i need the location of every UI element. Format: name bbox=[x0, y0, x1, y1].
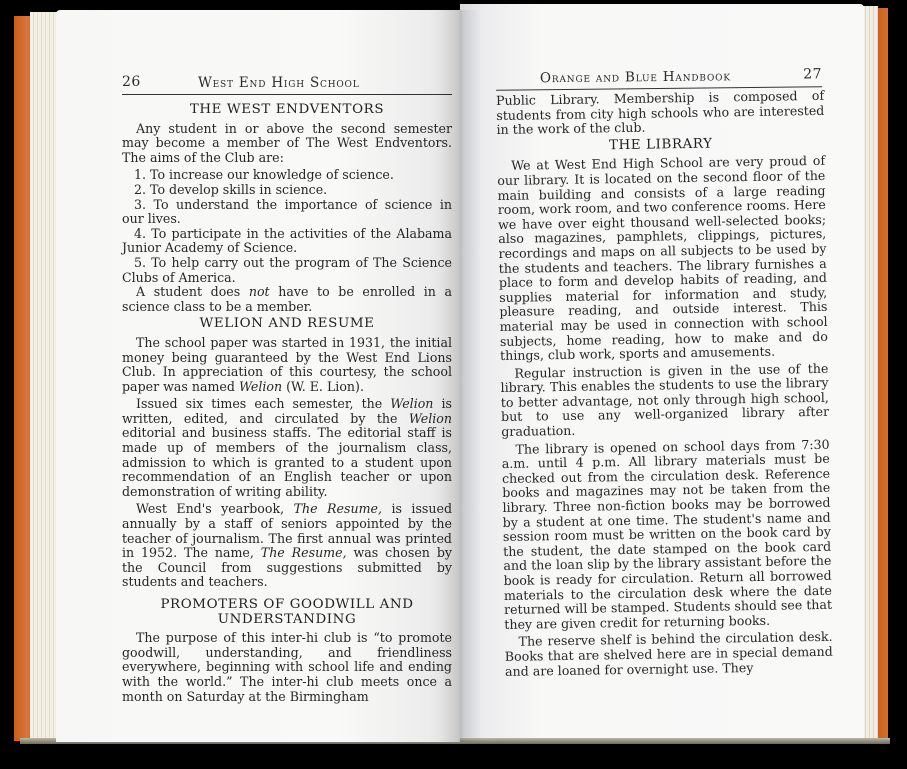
right-page-text: Public Library. Membership is composed o… bbox=[496, 89, 833, 682]
section-heading: PROMOTERS OF GOODWILL AND UNDERSTANDING bbox=[122, 598, 452, 627]
publication-title: Welion bbox=[390, 396, 433, 411]
paragraph: The reserve shelf is behind the circulat… bbox=[505, 630, 834, 679]
text-run: editorial and business staffs. The edito… bbox=[122, 425, 452, 498]
section-heading: THE LIBRARY bbox=[497, 136, 825, 156]
page-stack-left bbox=[30, 12, 58, 742]
paragraph: A student does not have to be enrolled i… bbox=[122, 285, 452, 314]
text-run: (W. E. Lion). bbox=[282, 379, 364, 394]
paragraph: We at West End High School are very prou… bbox=[497, 154, 828, 363]
left-page-text: THE WEST ENDVENTORS Any student in or ab… bbox=[122, 100, 452, 707]
text-run: Issued six times each semester, the bbox=[136, 396, 390, 411]
publication-title: Welion bbox=[239, 379, 282, 394]
publication-title: Welion bbox=[409, 411, 452, 426]
text-run: A student does bbox=[136, 284, 249, 299]
emphasis: not bbox=[249, 284, 270, 299]
heading-line: UNDERSTANDING bbox=[122, 613, 452, 628]
paragraph: The purpose of this inter-hi club is “to… bbox=[122, 631, 452, 704]
paragraph: The library is opened on school days fro… bbox=[501, 437, 832, 632]
running-title: Orange and Blue Handbook bbox=[540, 68, 731, 86]
list-item: 1. To increase our knowledge of science. bbox=[122, 168, 452, 183]
list-item: 5. To help carry out the program of The … bbox=[122, 256, 452, 285]
paragraph: West End's yearbook, The Resume, is issu… bbox=[122, 502, 452, 590]
page-number: 27 bbox=[803, 66, 822, 82]
publication-title: The Resume, bbox=[261, 545, 347, 560]
paragraph: Public Library. Membership is composed o… bbox=[496, 89, 825, 138]
running-head-left: 26 West End High School bbox=[122, 72, 452, 95]
heading-line: PROMOTERS OF GOODWILL AND bbox=[122, 598, 452, 613]
running-title: West End High School bbox=[198, 75, 360, 91]
list-item: 4. To participate in the activities of t… bbox=[122, 227, 452, 256]
section-heading: THE WEST ENDVENTORS bbox=[122, 103, 452, 118]
paragraph: The school paper was started in 1931, th… bbox=[122, 336, 452, 394]
publication-title: The Resume, bbox=[294, 501, 382, 516]
list-item: 3. To understand the importance of scien… bbox=[122, 198, 452, 227]
section-heading: WELION AND RESUME bbox=[122, 317, 452, 332]
right-page: Orange and Blue Handbook 27 Public Libra… bbox=[460, 4, 864, 738]
page-stack-right bbox=[862, 6, 878, 740]
page-number: 26 bbox=[122, 74, 141, 90]
paragraph: Any student in or above the second semes… bbox=[122, 122, 452, 166]
list-item: 2. To develop skills in science. bbox=[122, 183, 452, 198]
left-page: 26 West End High School THE WEST ENDVENT… bbox=[56, 10, 460, 742]
paragraph: Issued six times each semester, the Weli… bbox=[122, 397, 452, 499]
running-head-right: Orange and Blue Handbook 27 bbox=[496, 64, 822, 90]
paragraph: Regular instruction is given in the use … bbox=[500, 362, 829, 440]
text-run: West End's yearbook, bbox=[136, 501, 294, 516]
